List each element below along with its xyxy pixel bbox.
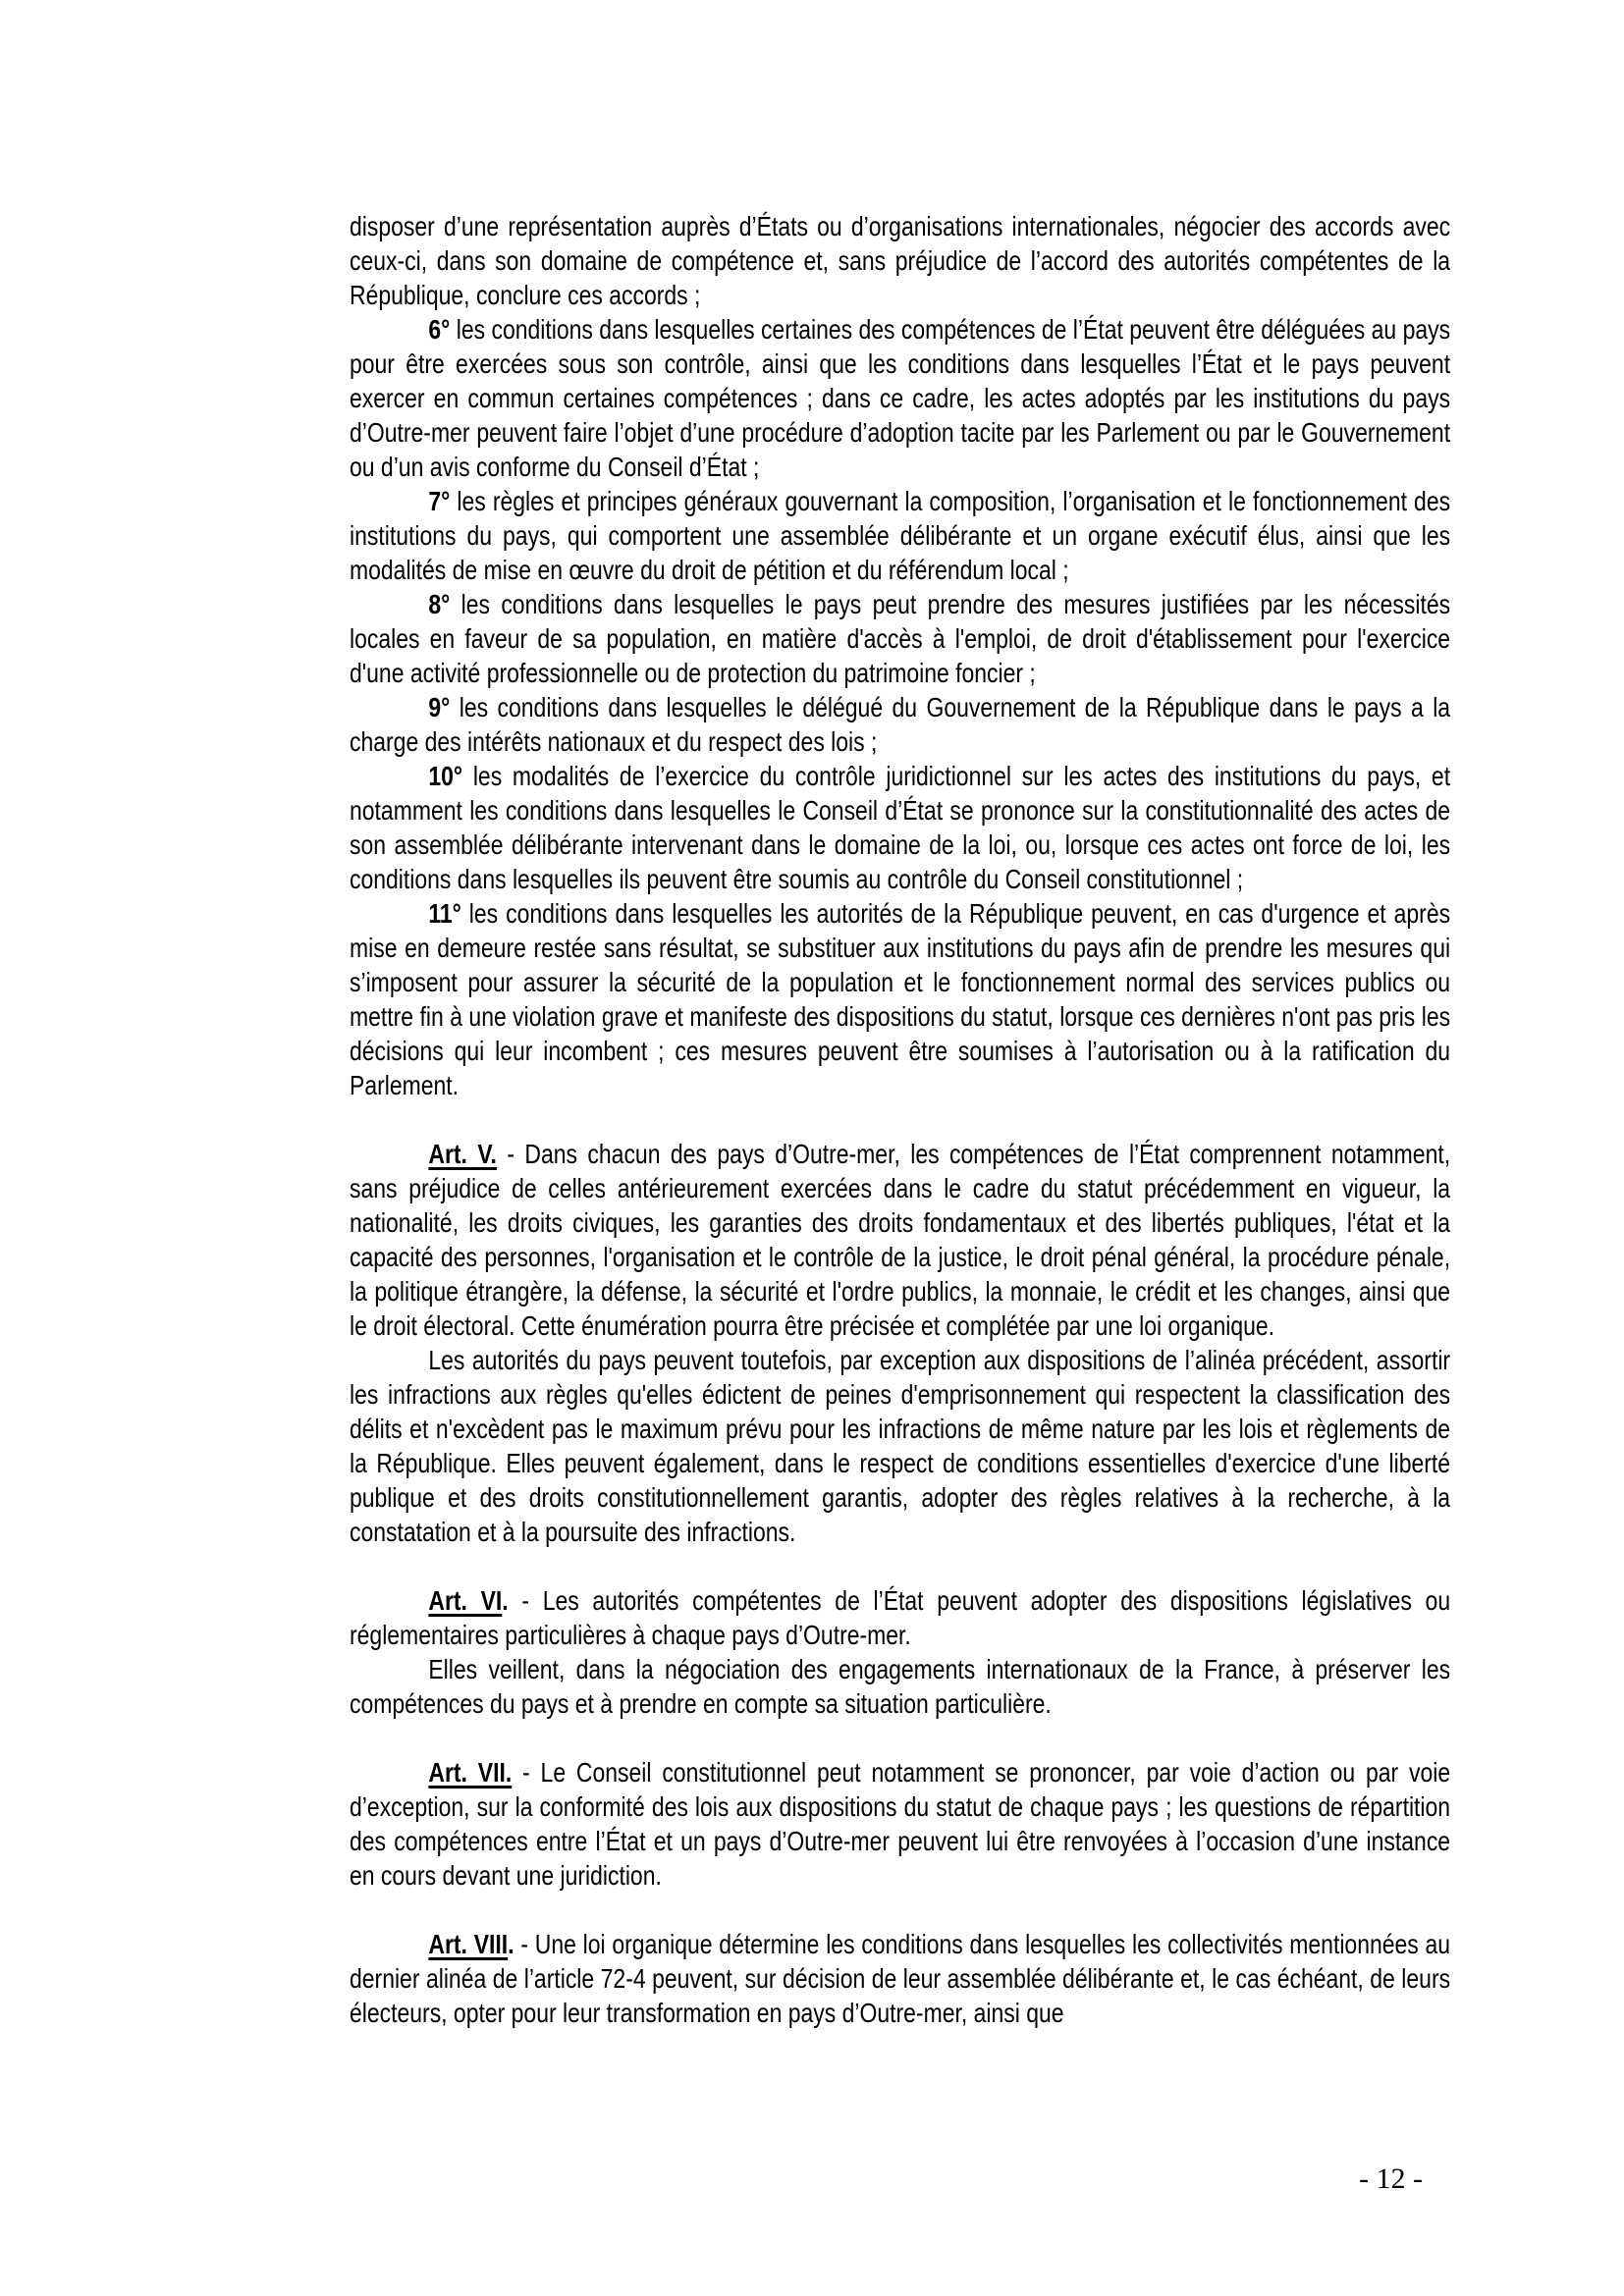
clause-number: 10° bbox=[428, 761, 462, 791]
paragraph-text: Dans chacun des pays d’Outre-mer, les co… bbox=[350, 1139, 1450, 1341]
paragraph-text: Les autorités du pays peuvent toutefois,… bbox=[350, 1345, 1450, 1547]
article-label: Art. VI bbox=[428, 1585, 502, 1616]
article-label-suffix: . bbox=[502, 1585, 508, 1616]
clause-number: 8° bbox=[428, 589, 450, 619]
paragraph-text: Une loi organique détermine les conditio… bbox=[350, 1929, 1450, 2028]
paragraph-text: les conditions dans lesquelles le pays p… bbox=[350, 589, 1450, 688]
paragraph: Art. VIII. - Une loi organique détermine… bbox=[350, 1927, 1450, 2030]
document-body: disposer d’une représentation auprès d’É… bbox=[350, 209, 1450, 2030]
paragraph: Elles veillent, dans la négociation des … bbox=[350, 1652, 1450, 1721]
article-dash: - bbox=[522, 1757, 530, 1788]
paragraph-text: Elles veillent, dans la négociation des … bbox=[350, 1654, 1450, 1719]
paragraph-text: disposer d’une représentation auprès d’É… bbox=[350, 211, 1450, 310]
paragraph: Art. V. - Dans chacun des pays d’Outre-m… bbox=[350, 1137, 1450, 1343]
page-number: - 12 - bbox=[1359, 2162, 1423, 2197]
clause-number: 9° bbox=[428, 692, 450, 722]
paragraph-text: les conditions dans lesquelles certaines… bbox=[350, 314, 1450, 482]
clause-number: 11° bbox=[428, 898, 460, 929]
paragraph: Art. VI. - Les autorités compétentes de … bbox=[350, 1583, 1450, 1652]
paragraph: 7° les règles et principes généraux gouv… bbox=[350, 484, 1450, 587]
paragraph: Les autorités du pays peuvent toutefois,… bbox=[350, 1343, 1450, 1549]
article-dash: - bbox=[520, 1929, 528, 1959]
article-dash: - bbox=[521, 1585, 529, 1616]
article-label: Art. VII. bbox=[428, 1757, 512, 1788]
paragraph: disposer d’une représentation auprès d’É… bbox=[350, 209, 1450, 312]
paragraph-text: les règles et principes généraux gouvern… bbox=[350, 486, 1450, 585]
article-label: Art. VIII bbox=[428, 1929, 508, 1959]
paragraph: Art. VII. - Le Conseil constitutionnel p… bbox=[350, 1755, 1450, 1893]
clause-number: 7° bbox=[428, 486, 450, 516]
paragraph: 9° les conditions dans lesquelles le dél… bbox=[350, 690, 1450, 759]
document-page: disposer d’une représentation auprès d’É… bbox=[0, 0, 1624, 2296]
paragraph-text: Les autorités compétentes de l’État peuv… bbox=[350, 1585, 1450, 1650]
paragraph-text: les conditions dans lesquelles le délégu… bbox=[350, 692, 1450, 757]
paragraph: 8° les conditions dans lesquelles le pay… bbox=[350, 587, 1450, 690]
paragraph: 11° les conditions dans lesquelles les a… bbox=[350, 896, 1450, 1102]
paragraph-text: les modalités de l’exercice du contrôle … bbox=[350, 761, 1450, 894]
paragraph-text: Le Conseil constitutionnel peut notammen… bbox=[350, 1757, 1450, 1891]
paragraph: 10° les modalités de l’exercice du contr… bbox=[350, 759, 1450, 896]
article-dash: - bbox=[507, 1139, 514, 1169]
clause-number: 6° bbox=[428, 314, 450, 345]
paragraph-text: les conditions dans lesquelles les autor… bbox=[350, 898, 1450, 1100]
paragraph: 6° les conditions dans lesquelles certai… bbox=[350, 312, 1450, 484]
article-label-suffix: . bbox=[508, 1929, 514, 1959]
article-label: Art. V. bbox=[428, 1139, 497, 1169]
